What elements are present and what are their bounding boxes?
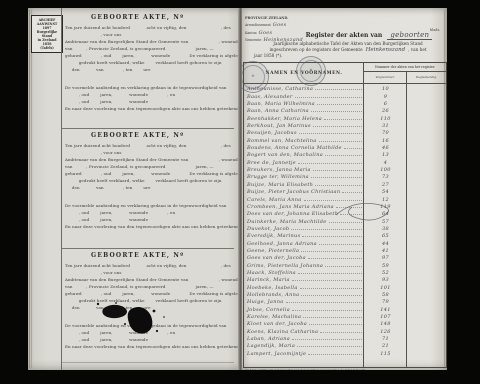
register-title: Register der akten van geboorten xyxy=(304,22,434,41)
round-stamp-icon: ✶ xyxy=(296,56,326,86)
intro-paragraph: Jaarlijksche alphabetische Tafel der Akt… xyxy=(254,41,442,59)
page-marker: bladz. xyxy=(430,28,440,32)
gemeente-handwritten: Heinkenszand xyxy=(363,47,409,53)
ink-blot xyxy=(28,8,240,370)
table-footnote: (*) Men schrijve hier het jaartal van he… xyxy=(245,368,366,370)
scanned-document-viewer: ARCHIEFAANWINST 1897Burgerlijke Standin … xyxy=(0,0,480,384)
province-block: PROVINCIE ZEELAND. ArrondissementGoesKan… xyxy=(245,16,303,43)
stamp-emblem-icon: ✶ xyxy=(242,74,268,80)
register-title-handwritten: geboorten xyxy=(387,31,432,40)
right-page: PROVINCIE ZEELAND. ArrondissementGoesKan… xyxy=(242,8,447,370)
left-page: ARCHIEFAANWINST 1897Burgerlijke Standin … xyxy=(28,8,240,370)
province-title: PROVINCIE ZEELAND. xyxy=(245,16,303,21)
register-title-printed: Register der akten van xyxy=(306,32,383,39)
stamp-emblem-icon: ✶ xyxy=(297,68,325,74)
book-spread: ARCHIEFAANWINST 1897Burgerlijke Standin … xyxy=(28,8,447,370)
intro-line-3: jaar 1858 (*). xyxy=(254,53,442,59)
pen-flourish-icon xyxy=(244,63,446,367)
index-table: NAMEN EN VOORNAMEN. Nummer der akten van… xyxy=(243,62,447,368)
